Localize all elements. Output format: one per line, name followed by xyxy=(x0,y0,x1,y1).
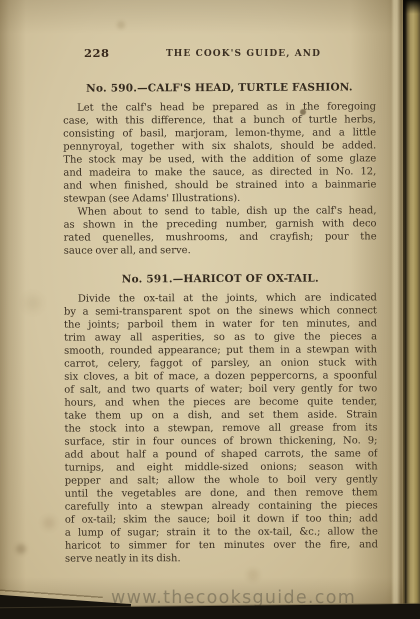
text-line: pepper and salt; allow the whole to boil… xyxy=(65,473,378,487)
text-line: until the vegetables are done, and then … xyxy=(65,486,378,500)
text-line: surface, stir in four ounces of brown th… xyxy=(64,434,377,448)
paragraph: When about to send to table, dish up the… xyxy=(63,204,376,257)
text-line: of ox-tail; skim the sauce; boil it down… xyxy=(65,512,378,526)
text-line: carefully into a stewpan already contain… xyxy=(65,499,378,513)
text-line: rated quenelles, mushrooms, and crayfish… xyxy=(64,230,377,244)
text-line: add about half a pound of shaped carrots… xyxy=(65,447,378,461)
book-photo: 228 THE COOK'S GUIDE, AND No. 590.—CALF'… xyxy=(0,0,420,619)
text-line: six cloves, a bit of mace, a dozen peppe… xyxy=(64,369,377,383)
text-line: as shown in the preceding number, garnis… xyxy=(64,217,377,231)
text-line: The stock may be used, with the addition… xyxy=(63,152,376,166)
text-line: smooth, rounded appearance; put them in … xyxy=(64,343,377,357)
book-fore-edge xyxy=(404,0,420,619)
paragraph: Divide the ox-tail at the joints, which … xyxy=(64,291,378,565)
book-page: 228 THE COOK'S GUIDE, AND No. 590.—CALF'… xyxy=(0,0,404,619)
page-number: 228 xyxy=(84,46,110,60)
text-line: consisting of basil, marjoram, lemon-thy… xyxy=(63,126,376,140)
text-line: pennyroyal, together with six shalots, s… xyxy=(63,139,376,153)
text-line: the stock into a stewpan, remove all gre… xyxy=(64,421,377,435)
text-line: haricot to simmer for ten minutes over t… xyxy=(65,538,378,552)
text-line: serve neatly in its dish. xyxy=(65,551,378,565)
recipe-heading: No. 590.—CALF'S HEAD, TURTLE FASHION. xyxy=(63,81,376,94)
text-line: a lump of sugar; strain it to the ox-tai… xyxy=(65,525,378,539)
text-line: carrot, celery, faggot of parsley, an on… xyxy=(64,356,377,370)
text-line: stewpan (see Adams' Illustrations). xyxy=(63,191,376,205)
text-line: Let the calf's head be prepared as in th… xyxy=(63,100,376,114)
text-line: take them up on a dish, and set them asi… xyxy=(64,408,377,422)
text-line: and madeira to make the sauce, as direct… xyxy=(63,165,376,179)
text-line: of salt, and two quarts of water; boil v… xyxy=(64,382,377,396)
paragraph: Let the calf's head be prepared as in th… xyxy=(63,100,376,205)
text-line: and when finished, should be strained in… xyxy=(63,178,376,192)
recipe-heading: No. 591.—HARICOT OF OX-TAIL. xyxy=(64,272,377,285)
text-line: by a semi-transparent spot on the sinews… xyxy=(64,304,377,318)
text-line: trim away all asperities, so as to give … xyxy=(64,330,377,344)
recipes: No. 590.—CALF'S HEAD, TURTLE FASHION.Let… xyxy=(63,81,378,565)
running-header: THE COOK'S GUIDE, AND xyxy=(166,49,321,59)
text-line: sauce over all, and serve. xyxy=(64,243,377,257)
text-line: case, with this difference, that a bunch… xyxy=(63,113,376,127)
text-line: turnips, and eight middle-sized onions; … xyxy=(65,460,378,474)
text-line: the joints; parboil them in water for te… xyxy=(64,317,377,331)
text-line: Divide the ox-tail at the joints, which … xyxy=(64,291,377,305)
text-line: hours, and when the pieces are become qu… xyxy=(64,395,377,409)
text-line: When about to send to table, dish up the… xyxy=(63,204,376,218)
